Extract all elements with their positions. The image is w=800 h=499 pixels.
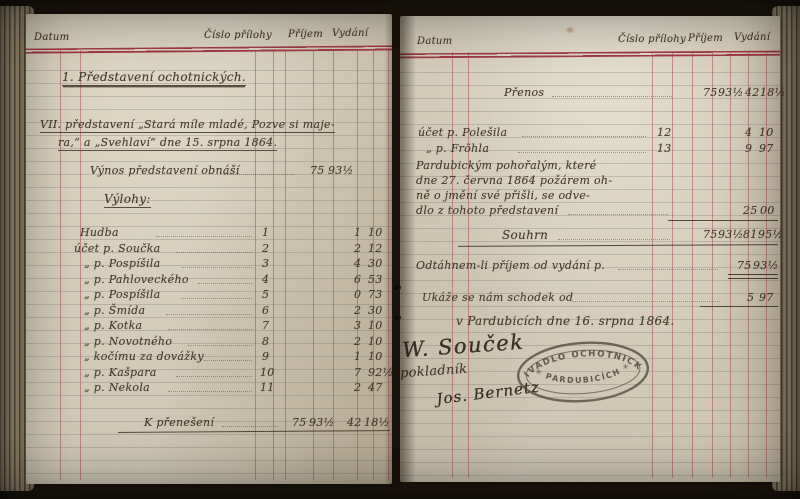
carry-prijem-zl: 75 [292, 416, 307, 429]
paper-stain [565, 26, 575, 34]
binding-hole [392, 314, 401, 321]
col-header-vydani: Vydání [734, 32, 770, 43]
column-rule [730, 52, 731, 478]
row-zl: 2 [354, 335, 361, 348]
column-rule [285, 50, 286, 480]
row-zl: 9 [745, 142, 752, 155]
total-label: Souhrn [502, 228, 548, 242]
row-label: „ p. Pospíšila [84, 257, 160, 270]
total-vydani-kr: 95½ [758, 228, 784, 241]
dateline: v Pardubicích dne 16. srpna 1864. [456, 314, 675, 328]
row-no: 12 [657, 126, 672, 139]
row-zl: 2 [354, 381, 361, 394]
column-rule [692, 52, 693, 478]
row-no: 9 [262, 350, 269, 363]
dot-leader [181, 266, 252, 268]
row-label: „ p. Kotka [84, 319, 142, 332]
deficit-zl: 5 [747, 291, 754, 304]
total-prijem-kr: 93½ [718, 228, 744, 241]
column-rule [60, 50, 61, 480]
col-header-prijem: Příjem [288, 29, 323, 40]
dot-leader [176, 251, 252, 253]
row-kr: 10 [368, 226, 383, 239]
row-zl: 1 [354, 226, 361, 239]
row-zl: 4 [354, 257, 361, 270]
prenos-prijem-zl: 75 [703, 86, 718, 99]
row-zl: 4 [745, 126, 752, 139]
row-zl: 2 [354, 242, 361, 255]
row-kr: 97 [759, 142, 774, 155]
donation-zl: 25 [743, 204, 758, 217]
row-label: „ p. Fröhla [426, 142, 489, 155]
row-label: „ p. Nekola [84, 381, 150, 394]
row-kr: 10 [368, 350, 383, 363]
column-rule [672, 52, 673, 478]
row-no: 8 [262, 335, 269, 348]
prenos-prijem-kr: 93½ [718, 86, 744, 99]
col-header-datum: Datum [417, 36, 452, 47]
row-no: 4 [262, 273, 269, 286]
signature-treasurer: W. Souček [401, 330, 525, 362]
dot-leader [198, 282, 252, 284]
row-kr: 12 [368, 242, 383, 255]
row-zl: 3 [354, 319, 361, 332]
row-no: 7 [262, 319, 269, 332]
prenos-vydani-zl: 42 [745, 86, 760, 99]
dot-leader [222, 425, 278, 427]
row-label: „ p. Šmída [84, 304, 145, 317]
row-label: „ p. Pospíšila [84, 288, 160, 301]
col-header-prijem: Příjem [688, 33, 723, 44]
dot-leader [176, 375, 252, 377]
dot-leader [156, 235, 252, 237]
deficit-label: Ukáže se nám schodek od [422, 291, 573, 304]
entry-title: 1. Představení ochotnických. [62, 70, 246, 86]
dot-leader [204, 359, 252, 361]
column-rule [273, 50, 274, 480]
deficit-kr: 97 [759, 291, 774, 304]
expenses-heading: Výlohy: [104, 192, 151, 208]
binding-hole [392, 284, 401, 291]
row-label: „ p. Novotného [84, 335, 172, 348]
dot-leader [572, 300, 720, 302]
carry-vydani-zl: 42 [347, 416, 362, 429]
row-kr: 10 [368, 335, 383, 348]
row-label: „ p. Kašpara [84, 366, 157, 379]
row-kr: 30 [368, 257, 383, 270]
column-rule [80, 50, 81, 480]
col-header-vydani: Vydání [332, 28, 368, 39]
row-kr: 10 [368, 319, 383, 332]
ledger-photo: Datum Číslo přílohy Příjem Vydání 1. Pře… [0, 0, 800, 499]
donation-line2: dne 27. června 1864 požárem oh- [416, 174, 612, 187]
dot-leader [224, 173, 294, 175]
row-label: účet p. Polešila [418, 126, 507, 139]
dot-leader [168, 390, 252, 392]
dot-leader [168, 328, 252, 330]
row-no: 2 [262, 242, 269, 255]
column-rule [255, 50, 256, 480]
row-zl: 0 [354, 288, 361, 301]
row-label: „ p. Pahloveckého [84, 273, 189, 286]
row-zl: 6 [354, 273, 361, 286]
donation-line1: Pardubickým pohořalým, které [416, 159, 596, 172]
row-kr: 73 [368, 288, 383, 301]
row-kr: 10 [759, 126, 774, 139]
dot-leader [618, 268, 718, 270]
col-header-priloha: Číslo přílohy [618, 34, 686, 45]
row-label: účet p. Součka [74, 242, 161, 255]
dot-leader [522, 135, 646, 137]
row-no: 11 [260, 381, 275, 394]
row-kr: 30 [368, 304, 383, 317]
dot-leader [518, 151, 646, 153]
ledger-left-page: Datum Číslo přílohy Příjem Vydání 1. Pře… [26, 14, 392, 484]
carry-underline [118, 430, 390, 433]
dot-leader [181, 297, 252, 299]
row-no: 1 [262, 226, 269, 239]
subtract-zl: 75 [737, 259, 752, 272]
carry-label: K přenešení [144, 416, 214, 429]
column-rule [712, 52, 713, 478]
donation-line4: dlo z tohoto představení [416, 204, 558, 217]
dot-leader [558, 238, 670, 240]
performance-subtitle-line1: VII. představení „Stará míle mladé, Pozv… [40, 118, 335, 133]
dot-leader [568, 213, 668, 215]
performance-subtitle-line2: ra,“ a „Svehlaví“ dne 15. srpna 1864. [58, 136, 277, 151]
row-zl: 7 [354, 366, 361, 379]
row-no: 3 [262, 257, 269, 270]
header-rule [26, 45, 392, 53]
row-no: 13 [657, 142, 672, 155]
dot-leader [552, 95, 672, 97]
carry-prijem-kr: 93½ [309, 416, 335, 429]
row-no: 5 [262, 288, 269, 301]
theatre-oval-stamp: DIVADLO OCHOTNICKÉ ✳ PARDUBICÍCH ✳ [512, 335, 654, 408]
prenos-vydani-kr: 18½ [760, 86, 786, 99]
col-header-datum: Datum [34, 32, 69, 43]
col-header-priloha: Číslo přílohy [204, 30, 272, 41]
subtract-double-underline [728, 274, 778, 279]
row-no: 6 [262, 304, 269, 317]
income-zl: 75 [310, 164, 325, 177]
donation-underline [668, 220, 778, 221]
dot-leader [188, 344, 252, 346]
row-no: 10 [260, 366, 275, 379]
row-label: „ kočímu za dovážky [84, 350, 204, 363]
ledger-right-page: Datum Číslo přílohy Příjem Vydání Přenos… [400, 16, 780, 482]
dot-leader [166, 313, 252, 315]
row-zl: 1 [354, 350, 361, 363]
donation-kr: 00 [760, 204, 775, 217]
book-gutter-shadow [384, 8, 416, 490]
prenos-label: Přenos [504, 86, 544, 99]
income-label: Výnos představení obnáší [90, 164, 240, 177]
column-rule [652, 52, 653, 478]
row-label: Hudba [80, 226, 119, 239]
subtract-label: Odtáhnem-li příjem od vydání p. [416, 259, 605, 272]
subtract-kr: 93½ [753, 259, 779, 272]
total-prijem-zl: 75 [703, 228, 718, 241]
deficit-underline [700, 306, 778, 307]
total-vydani-zl: 81 [743, 228, 758, 241]
income-kr: 93½ [328, 164, 354, 177]
header-rule [400, 51, 780, 59]
row-zl: 2 [354, 304, 361, 317]
row-kr: 47 [368, 381, 383, 394]
row-kr: 53 [368, 273, 383, 286]
donation-line3: ně o jmění své přišli, se odve- [416, 189, 590, 202]
